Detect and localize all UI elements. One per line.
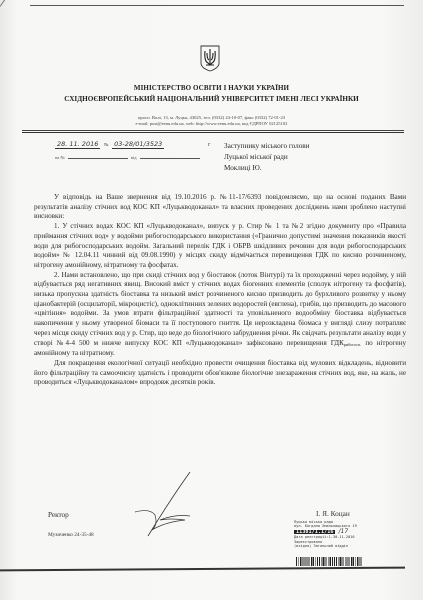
university-heading: СХІДНОЄВРОПЕЙСЬКИЙ НАЦІОНАЛЬНИЙ УНІВЕРСИ…	[0, 95, 423, 103]
handwritten-signature	[130, 470, 210, 540]
ref-from-label: від	[131, 155, 137, 160]
incoming-registration-stamp: Луцька міська рада вул. Богдана Хмельниц…	[294, 520, 406, 548]
intro-paragraph: У відповідь на Ваше звернення від 19.10.…	[34, 193, 406, 222]
signer-title: Ректор	[48, 511, 69, 519]
addressee-position: Заступнику міського голови	[224, 141, 310, 152]
fold-mark	[0, 0, 6, 7]
contact-web-email: e-mail: post@eenu.edu.ua, web: http://ww…	[0, 121, 423, 126]
bottom-edge-rule	[0, 567, 405, 571]
header-rule-thick	[22, 132, 404, 133]
addressee-name: Моклиці Ю.	[224, 163, 310, 174]
ref-number-label: на №	[55, 155, 65, 160]
letter-body: У відповідь на Ваше звернення від 19.10.…	[34, 193, 406, 388]
point-2-paragraph: 2. Нами встановлено, що при скиді стічни…	[34, 271, 406, 359]
signer-name: І. Я. Коцан	[316, 509, 350, 518]
stamp-handwritten-mark: /17	[338, 528, 348, 535]
trident-coat-of-arms-icon	[200, 45, 220, 72]
outgoing-number: 03-28/01/3523	[112, 140, 164, 149]
point-1-paragraph: 1. У стічних водах КОС КП «Луцькводокана…	[34, 222, 406, 271]
number-label: №	[104, 142, 108, 147]
gdk-subscript: рибогосп.	[344, 342, 362, 347]
letter-page: МІНІСТЕРСТВО ОСВІТИ І НАУКИ УКРАЇНИ СХІД…	[0, 0, 423, 600]
barcode	[296, 557, 362, 566]
executor-contact: Музиченко 24-35-48	[48, 532, 94, 538]
top-rule	[30, 5, 404, 6]
addressee-organization: Луцької міської ради	[224, 152, 310, 163]
reference-line: на №від	[55, 155, 203, 160]
ministry-heading: МІНІСТЕРСТВО ОСВІТИ І НАУКИ УКРАЇНИ	[0, 84, 423, 92]
outgoing-registration: 28. 11. 2016 № 03-28/01/3523	[55, 140, 164, 148]
stamp-department: (вхідна) Загальний відділ	[294, 544, 406, 548]
addressee-block: Заступнику міського голови Луцької міськ…	[224, 141, 310, 174]
stamp-reg-number: 11381/1.1/16	[294, 530, 335, 534]
corner-mark: г	[208, 142, 210, 148]
conclusion-paragraph: Для покращення екологічної ситуації необ…	[34, 359, 406, 388]
contact-address: просп. Волі, 13, м. Луцьк, 43025, тел. (…	[0, 115, 423, 120]
header-rule-thin	[22, 130, 404, 131]
outgoing-date: 28. 11. 2016	[55, 140, 100, 149]
